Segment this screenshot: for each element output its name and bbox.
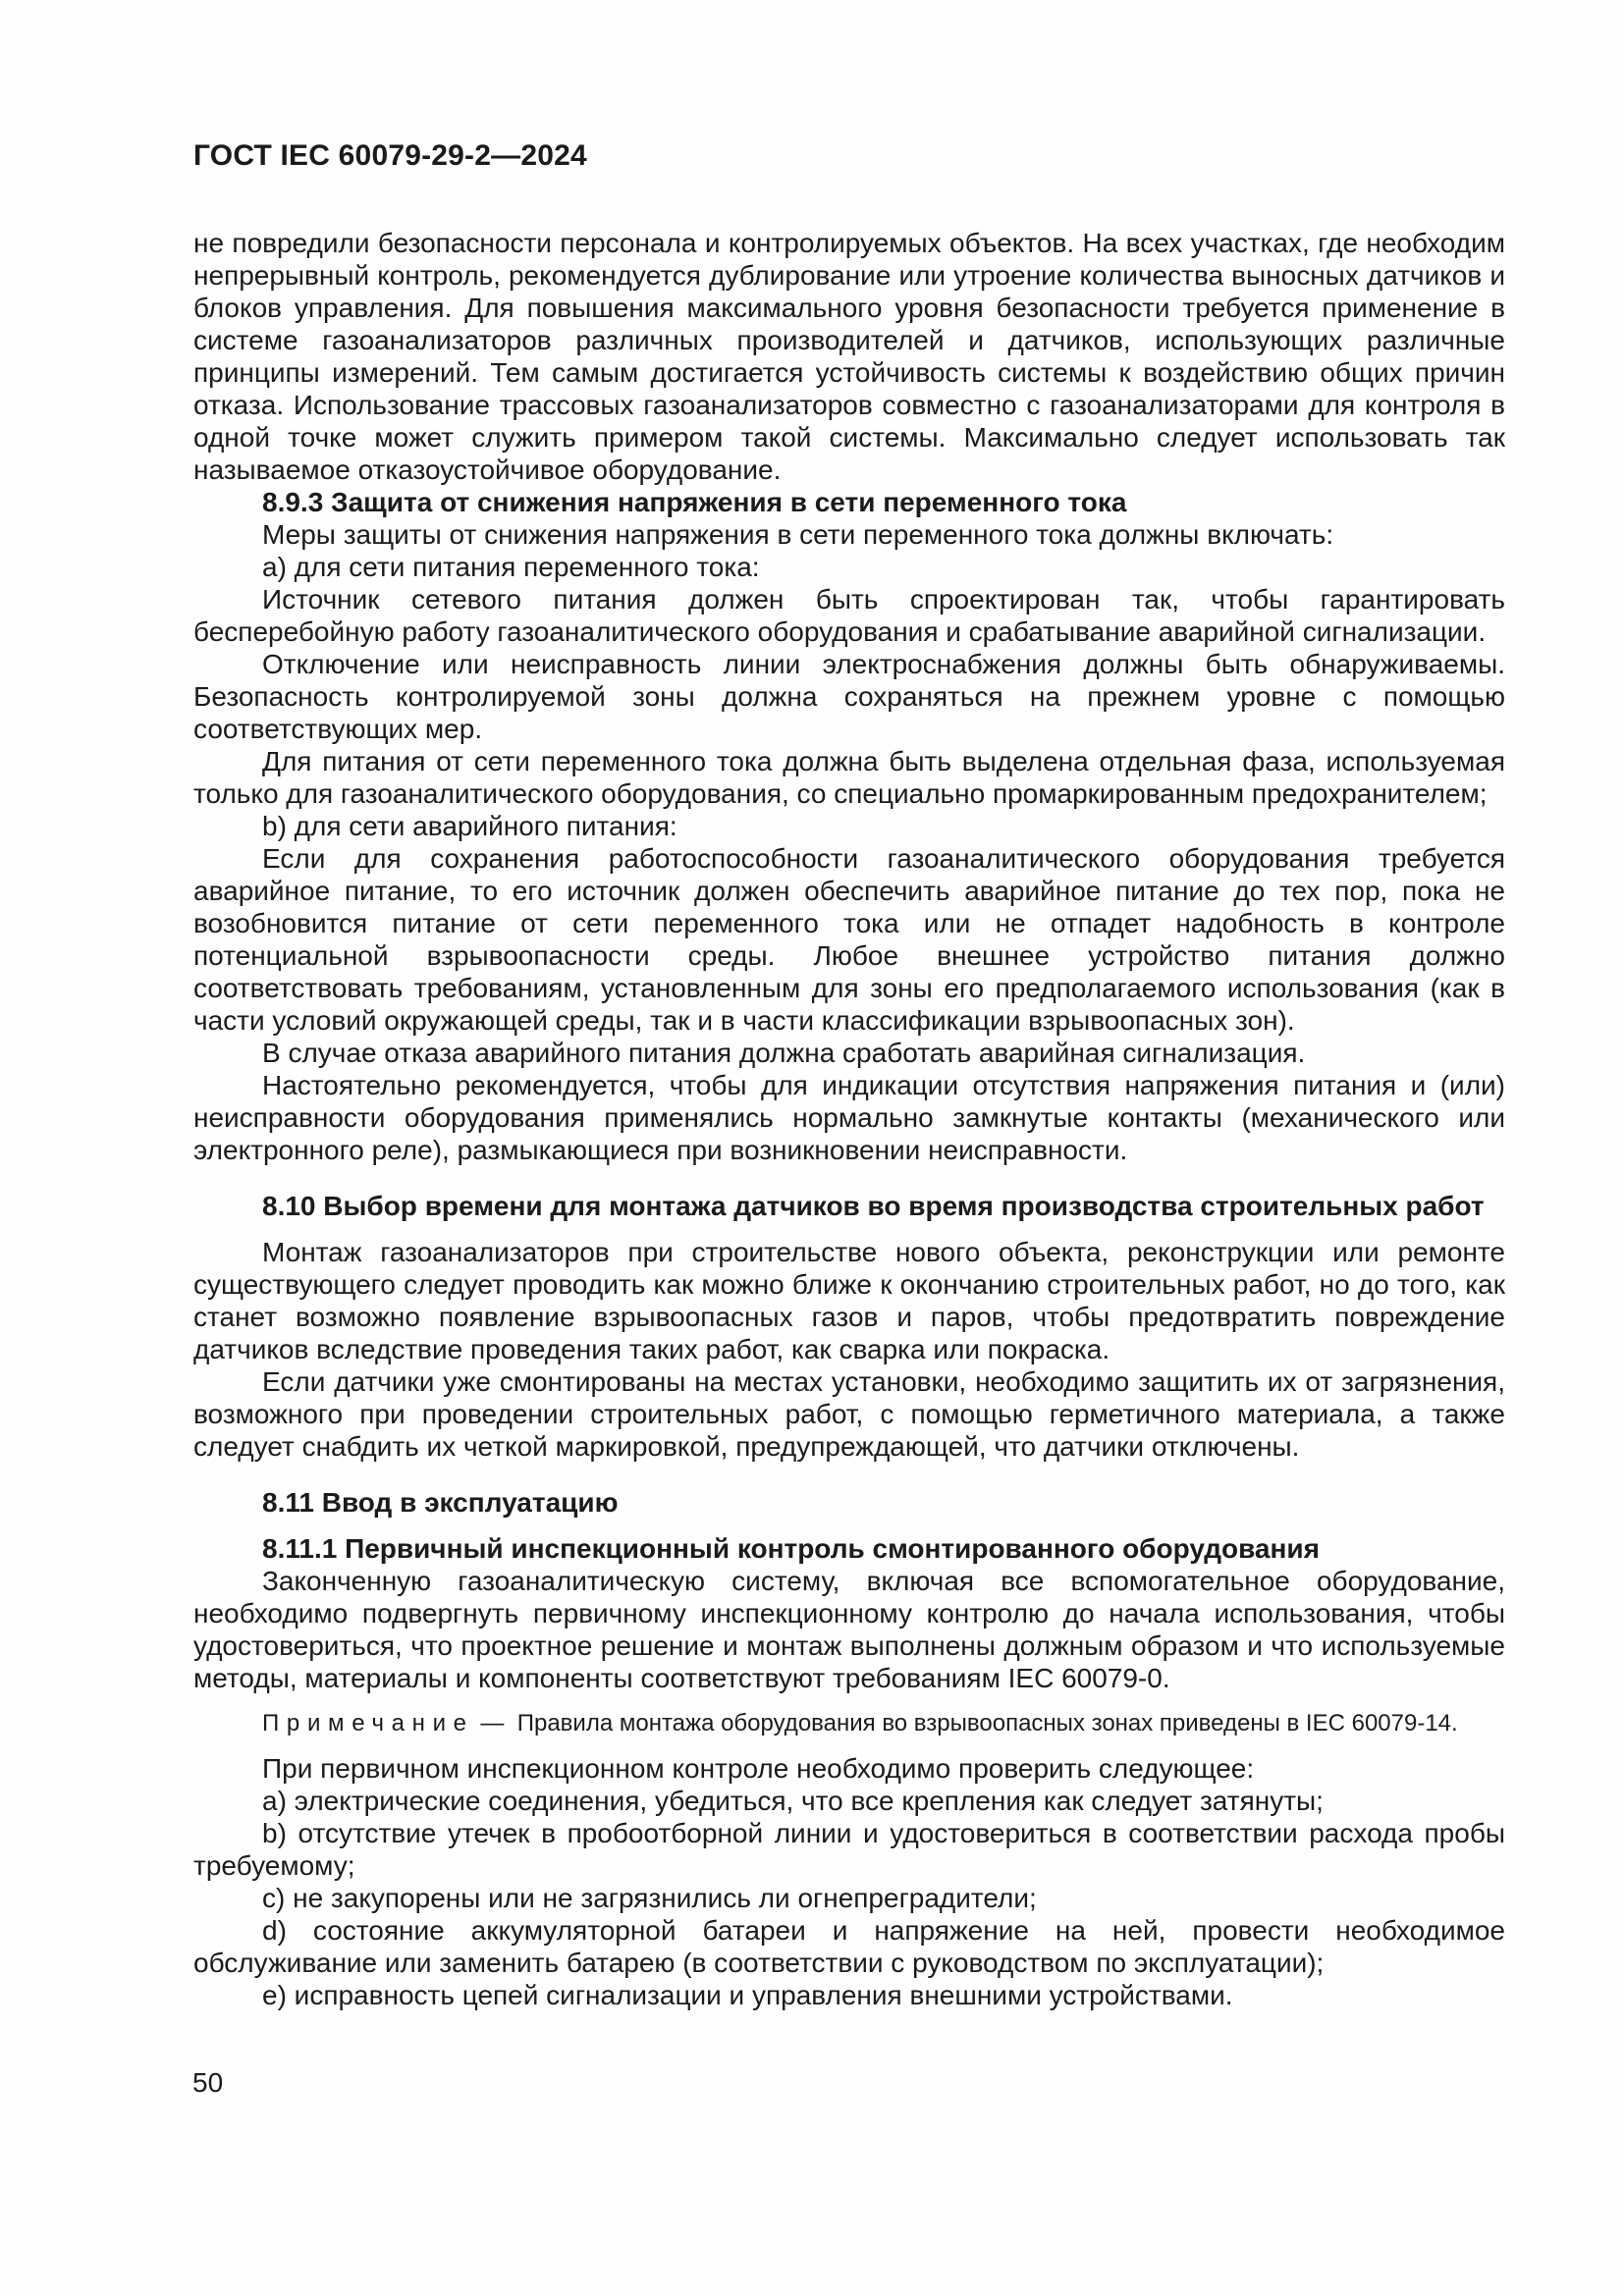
paragraph: a) электрические соединения, убедиться, … <box>193 1785 1505 1817</box>
running-head: ГОСТ IEC 60079-29-2—2024 <box>193 139 587 173</box>
document-page: ГОСТ IEC 60079-29-2—2024 не повредили бе… <box>0 0 1624 2296</box>
paragraph: не повредили безопасности персонала и ко… <box>193 227 1505 486</box>
note-label: Примечание <box>262 1710 474 1736</box>
subsection-heading: 8.9.3 Защита от снижения напряжения в се… <box>193 486 1505 518</box>
paragraph: b) отсутствие утечек в пробоотборной лин… <box>193 1817 1505 1882</box>
subsection-heading: 8.11.1 Первичный инспекционный контроль … <box>193 1532 1505 1565</box>
paragraph: В случае отказа аварийного питания должн… <box>193 1037 1505 1069</box>
section-heading: 8.10 Выбор времени для монтажа датчиков … <box>193 1190 1505 1222</box>
paragraph: Монтаж газоанализаторов при строительств… <box>193 1236 1505 1365</box>
paragraph: При первичном инспекционном контроле нео… <box>193 1752 1505 1785</box>
paragraph: Если для сохранения работоспособности га… <box>193 842 1505 1037</box>
paragraph: Источник сетевого питания должен быть сп… <box>193 583 1505 648</box>
paragraph: Законченную газоаналитическую систему, в… <box>193 1565 1505 1694</box>
paragraph: d) состояние аккумуляторной батареи и на… <box>193 1914 1505 1979</box>
paragraph: Настоятельно рекомендуется, чтобы для ин… <box>193 1069 1505 1166</box>
document-content: не повредили безопасности персонала и ко… <box>193 227 1505 2011</box>
paragraph: e) исправность цепей сигнализации и упра… <box>193 1979 1505 2011</box>
paragraph: Меры защиты от снижения напряжения в сет… <box>193 518 1505 551</box>
paragraph: Отключение или неисправность линии элект… <box>193 648 1505 745</box>
note: Примечание — Правила монтажа оборудовани… <box>193 1709 1505 1738</box>
paragraph: c) не закупорены или не загрязнились ли … <box>193 1882 1505 1914</box>
section-heading: 8.11 Ввод в эксплуатацию <box>193 1486 1505 1519</box>
paragraph: Для питания от сети переменного тока дол… <box>193 745 1505 810</box>
page-number: 50 <box>192 2067 223 2099</box>
paragraph: a) для сети питания переменного тока: <box>193 551 1505 583</box>
paragraph: Если датчики уже смонтированы на местах … <box>193 1365 1505 1463</box>
paragraph: b) для сети аварийного питания: <box>193 810 1505 842</box>
